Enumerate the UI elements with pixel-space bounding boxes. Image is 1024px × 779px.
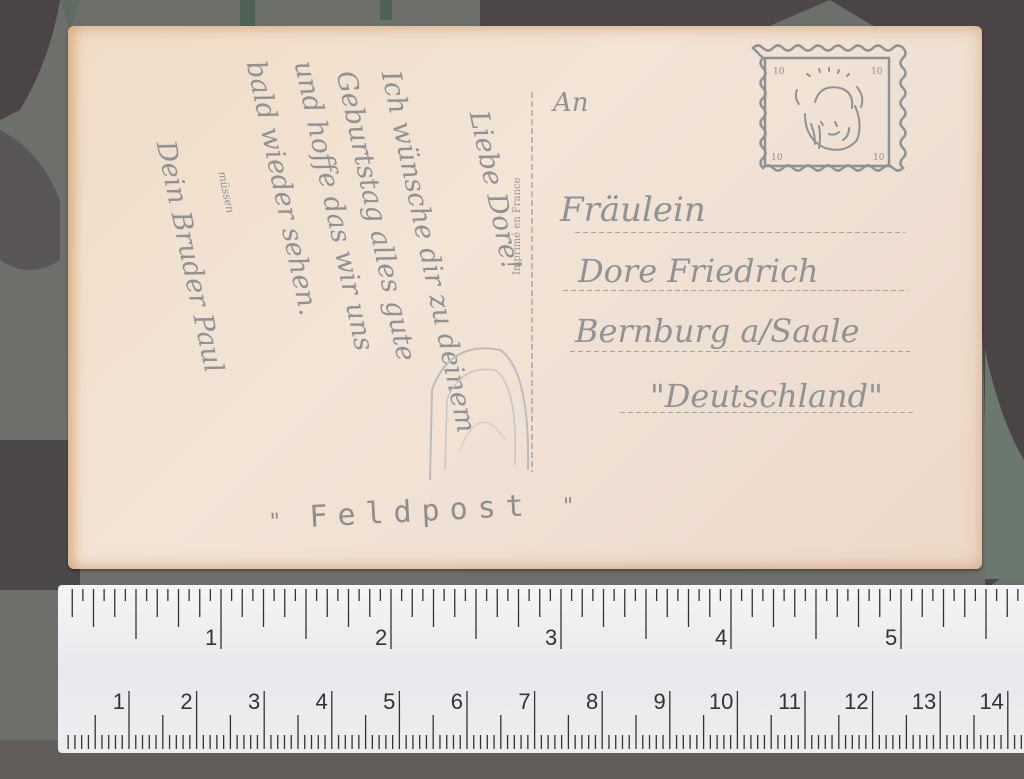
svg-text:8: 8: [586, 689, 598, 714]
svg-text:14: 14: [979, 689, 1003, 714]
stamp-corner-bl: 10: [771, 153, 783, 163]
hand-drawn-stamp: 10 10 10 10: [745, 42, 913, 182]
svg-text:4: 4: [316, 689, 328, 714]
svg-text:2: 2: [375, 625, 387, 650]
svg-text:10: 10: [709, 689, 733, 714]
address-line-3: Bernburg a/Saale: [575, 312, 860, 350]
svg-text:6: 6: [451, 689, 463, 714]
address-line-4: "Deutschland": [650, 377, 883, 415]
measuring-ruler: 123451234567891011121314: [58, 585, 1024, 753]
svg-text:2: 2: [180, 689, 192, 714]
stamp-portrait: [796, 68, 862, 150]
address-line-1: Fräulein: [560, 190, 706, 230]
pencil-sketch: [420, 330, 540, 490]
address-line-rule-1: [575, 232, 905, 233]
stamp-corner-tl: 10: [773, 67, 785, 77]
imprint-text: Imprimé en France: [512, 177, 523, 275]
stamp-corner-tr: 10: [871, 67, 883, 77]
svg-text:9: 9: [654, 689, 666, 714]
svg-text:13: 13: [912, 689, 936, 714]
svg-text:7: 7: [518, 689, 530, 714]
svg-text:4: 4: [715, 625, 727, 650]
address-prefix: An: [553, 88, 589, 118]
photo-scene: Liebe Dore! Ich wünsche dir zu deinem Ge…: [0, 0, 1024, 779]
svg-text:11: 11: [778, 689, 801, 714]
svg-text:3: 3: [545, 625, 557, 650]
svg-text:5: 5: [383, 689, 395, 714]
address-line-rule-2: [563, 290, 908, 291]
svg-text:1: 1: [205, 625, 217, 650]
svg-text:1: 1: [113, 689, 125, 714]
svg-text:3: 3: [248, 689, 260, 714]
svg-text:5: 5: [885, 625, 897, 650]
ruler-scale: 123451234567891011121314: [58, 585, 1024, 753]
svg-text:12: 12: [844, 689, 868, 714]
stamp-corner-br: 10: [873, 153, 885, 163]
address-line-rule-3: [570, 351, 910, 352]
address-line-2: Dore Friedrich: [578, 252, 819, 290]
